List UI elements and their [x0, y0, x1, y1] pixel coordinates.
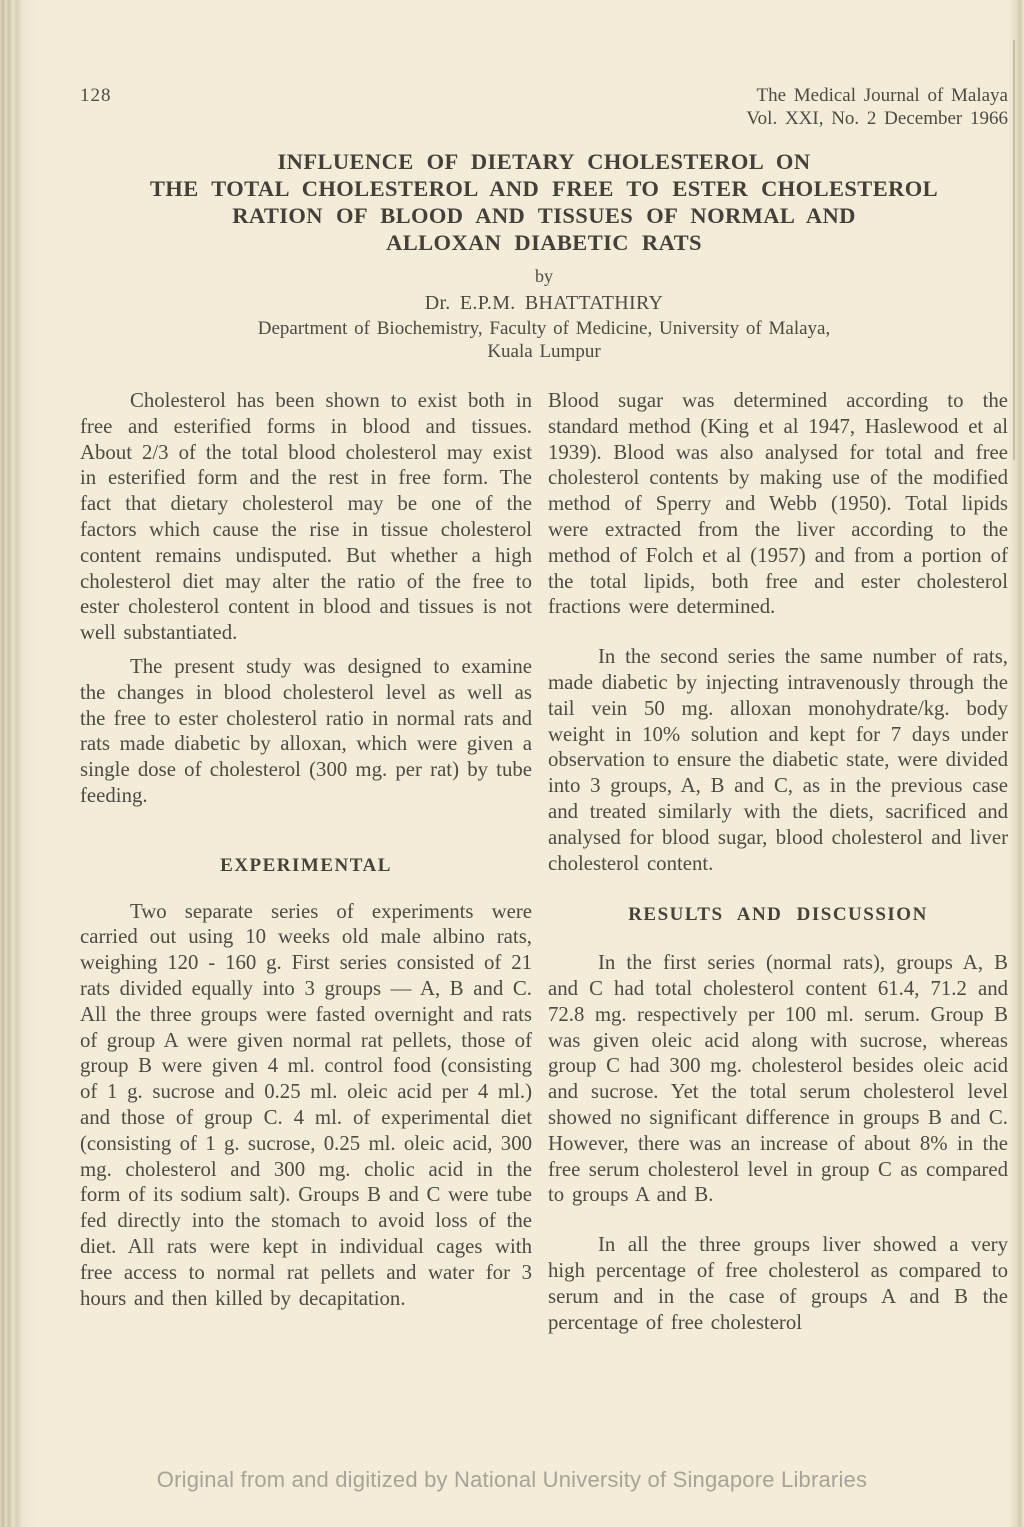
author-name: Dr. E.P.M. BHATTATHIRY [80, 291, 1008, 315]
section-heading-experimental: EXPERIMENTAL [80, 853, 532, 879]
title-line-4: ALLOXAN DIABETIC RATS [80, 229, 1008, 256]
title-line-3: RATION OF BLOOD AND TISSUES OF NORMAL AN… [80, 202, 1008, 229]
left-column: Cholesterol has been shown to exist both… [80, 388, 532, 1335]
adjacent-page-edge-line [1013, 40, 1015, 460]
paragraph-second-series: In the second series the same number of … [548, 644, 1008, 876]
book-binding-edge [0, 0, 40, 1527]
journal-volume: Vol. XXI, No. 2 December 1966 [746, 107, 1008, 130]
affiliation-line-1: Department of Biochemistry, Faculty of M… [80, 317, 1008, 340]
title-line-1: INFLUENCE OF DIETARY CHOLESTEROL ON [80, 148, 1008, 175]
paragraph-methods-continued: Blood sugar was determined according to … [548, 388, 1008, 620]
journal-info: The Medical Journal of Malaya Vol. XXI, … [746, 84, 1008, 130]
title-line-2: THE TOTAL CHOLESTEROL AND FREE TO ESTER … [80, 175, 1008, 202]
journal-name: The Medical Journal of Malaya [746, 84, 1008, 107]
page-number: 128 [80, 84, 112, 107]
affiliation-line-2: Kuala Lumpur [80, 340, 1008, 363]
paragraph-intro-1: Cholesterol has been shown to exist both… [80, 388, 532, 646]
right-column: Blood sugar was determined according to … [548, 388, 1008, 1335]
author-affiliation: Department of Biochemistry, Faculty of M… [80, 317, 1008, 363]
paragraph-results-1: In the first series (normal rats), group… [548, 950, 1008, 1208]
page-header: 128 The Medical Journal of Malaya Vol. X… [80, 84, 1008, 130]
page-edge-shadow [1008, 0, 1024, 1527]
paragraph-results-2: In all the three groups liver showed a v… [548, 1232, 1008, 1335]
paragraph-intro-2: The present study was designed to examin… [80, 654, 532, 809]
two-column-body: Cholesterol has been shown to exist both… [80, 388, 1008, 1335]
page-content: 128 The Medical Journal of Malaya Vol. X… [80, 0, 1008, 1335]
scanned-journal-page: 128 The Medical Journal of Malaya Vol. X… [0, 0, 1024, 1527]
byline-prefix: by [80, 265, 1008, 287]
article-title: INFLUENCE OF DIETARY CHOLESTEROL ON THE … [80, 148, 1008, 256]
paragraph-experimental-1: Two separate series of experiments were … [80, 899, 532, 1312]
digitization-credit: Original from and digitized by National … [0, 1467, 1024, 1493]
section-heading-results: RESULTS AND DISCUSSION [548, 902, 1008, 928]
